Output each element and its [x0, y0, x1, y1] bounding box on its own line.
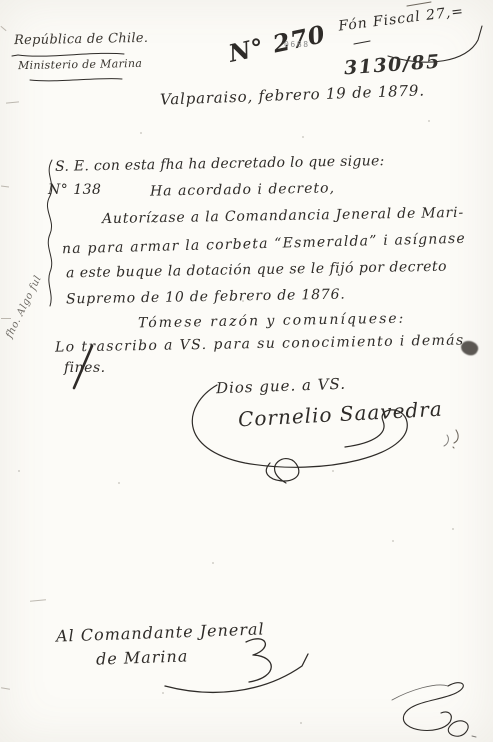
signature-flourish — [175, 377, 440, 472]
numbering-stamp: 0688 — [284, 41, 310, 49]
paper-speck — [300, 722, 302, 724]
paper-speck — [302, 136, 304, 138]
archive-number-stamp: 3130/85 — [343, 53, 441, 79]
paper-speck — [428, 120, 430, 122]
edge-mark — [1, 185, 9, 187]
letterhead-country: República de Chile. — [14, 32, 149, 47]
paper-speck — [162, 692, 164, 694]
edge-mark — [6, 101, 19, 103]
letterhead-ministry: Ministerio de Marina — [18, 58, 142, 71]
paper-speck — [452, 528, 454, 530]
body-line: Tómese razón y comuníquese: — [138, 312, 406, 331]
body-line: Ha acordado i decreto, — [150, 181, 335, 198]
paper-speck — [118, 482, 120, 484]
body-line: Supremo de 10 de febrero de 1876. — [66, 288, 346, 307]
paper-speck — [392, 540, 394, 542]
body-line: Lo trascribo a VS. para su conocimiento … — [55, 333, 465, 354]
letterhead-underline2-flourish — [28, 76, 126, 84]
paper-speck — [18, 470, 20, 472]
body-line: Autorízase a la Comandancia Jeneral de M… — [102, 206, 464, 226]
body-line: fines. — [64, 361, 106, 375]
stray-ink-mark — [448, 428, 462, 450]
body-line: S. E. con esta fha ha decretado lo que s… — [55, 154, 385, 174]
addressee-flourish — [150, 612, 325, 697]
paraph-flourish — [390, 676, 480, 738]
dateline: Valparaiso, febrero 19 de 1879. — [160, 83, 425, 107]
paper-speck — [140, 132, 142, 134]
document-number: N° 270 — [227, 22, 328, 66]
margin-note: fho. Algo ful — [5, 274, 44, 340]
body-line: a este buque la dotación que se le fijó … — [66, 260, 447, 281]
fiscal-note: Fón Fiscal 27,= — [338, 4, 465, 33]
paper-speck — [242, 300, 244, 302]
body-line: na para armar la corbeta “Esmeralda” i a… — [62, 232, 466, 257]
top-edge-mark — [405, 0, 435, 8]
paper-speck — [332, 470, 334, 472]
paper-speck — [212, 562, 214, 564]
edge-mark — [0, 26, 6, 31]
decree-number: N° 138 — [48, 183, 101, 197]
edge-mark — [1, 687, 10, 690]
edge-mark — [30, 599, 46, 601]
scanned-letter-page: República de Chile. Ministerio de Marina… — [0, 0, 493, 742]
edge-mark — [1, 318, 11, 319]
